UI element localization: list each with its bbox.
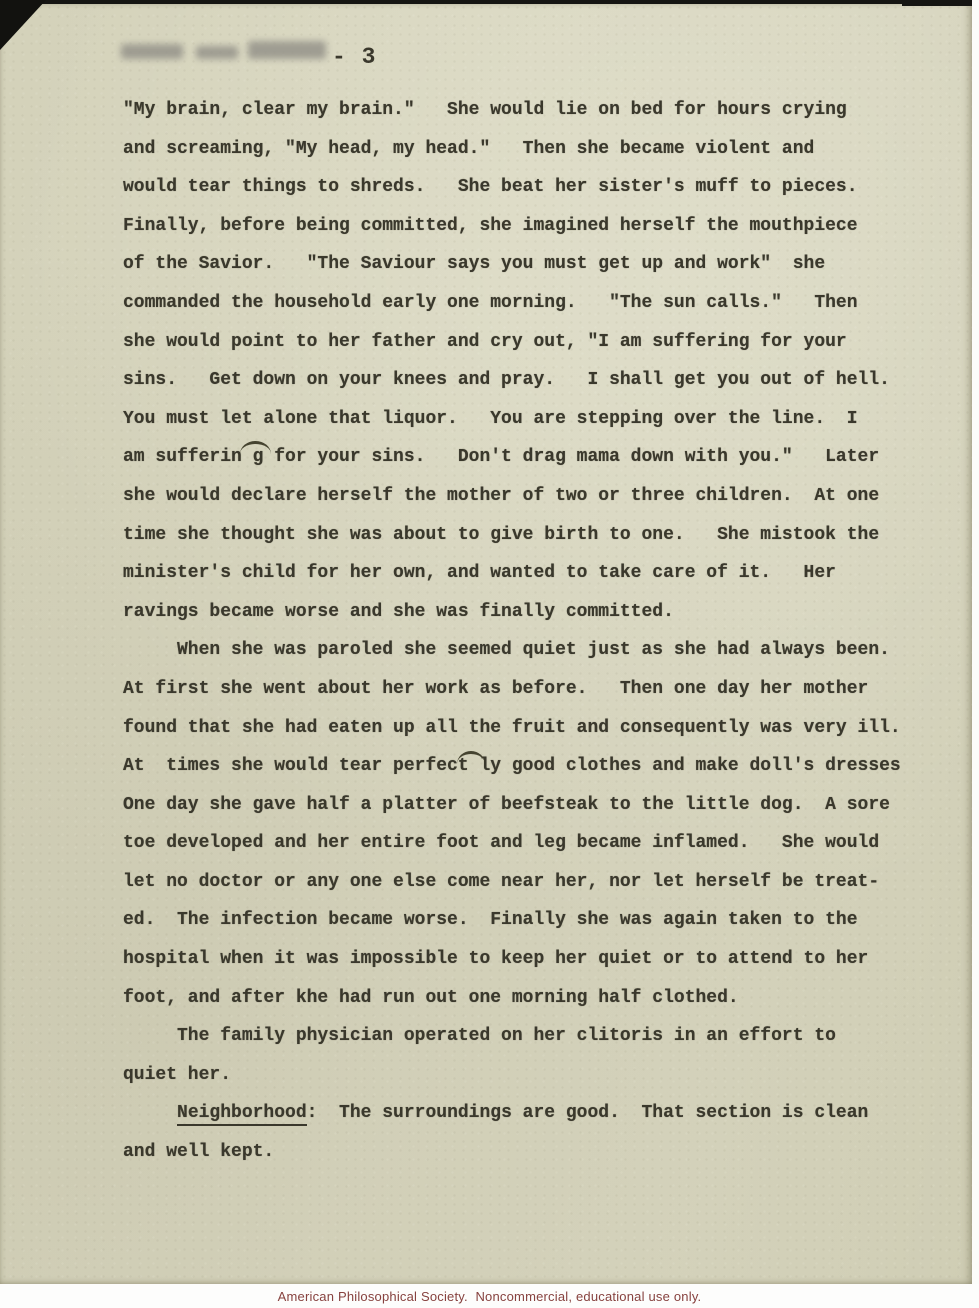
text-line: Finally, before being committed, she ima… (123, 207, 963, 246)
text-line: At times she would tear perfect ly good … (123, 747, 963, 786)
footer-strip: American Philosophical Society. Noncomme… (0, 1284, 979, 1308)
scan-edge-top (0, 0, 979, 4)
scan-edge-top-right (902, 0, 972, 6)
text-line: You must let alone that liquor. You are … (123, 400, 963, 439)
text-line: and well kept. (123, 1133, 963, 1172)
text-line: "My brain, clear my brain." She would li… (123, 91, 963, 130)
text-line: The family physician operated on her cli… (123, 1017, 963, 1056)
text-line: ed. The infection became worse. Finally … (123, 901, 963, 940)
footer-attribution: American Philosophical Society. Noncomme… (278, 1289, 702, 1304)
text-line: toe developed and her entire foot and le… (123, 824, 963, 863)
text-line: found that she had eaten up all the frui… (123, 709, 963, 748)
neighborhood-label: Neighborhood (177, 1103, 307, 1126)
redacted-name-blur (248, 41, 326, 59)
indent (123, 1103, 177, 1123)
text-line: she would declare herself the mother of … (123, 477, 963, 516)
scan-margin-right (972, 0, 979, 1284)
text-line: and screaming, "My head, my head." Then … (123, 130, 963, 169)
redacted-name-blur (121, 44, 183, 59)
text-line: At first she went about her work as befo… (123, 670, 963, 709)
redacted-name-blur (196, 46, 238, 59)
text-line: minister's child for her own, and wanted… (123, 554, 963, 593)
text-line: time she thought she was about to give b… (123, 516, 963, 555)
text-line: foot, and after khe had run out one morn… (123, 979, 963, 1018)
text-line: When she was paroled she seemed quiet ju… (123, 631, 963, 670)
typewritten-text: "My brain, clear my brain." She would li… (123, 91, 963, 1172)
neighborhood-text: : The surroundings are good. That sectio… (307, 1103, 869, 1123)
text-line: she would point to her father and cry ou… (123, 323, 963, 362)
page-number: - 3 (332, 44, 376, 70)
text-line: quiet her. (123, 1056, 963, 1095)
document-scan: - 3 "My brain, clear my brain." She woul… (0, 0, 979, 1308)
text-line: let no doctor or any one else come near … (123, 863, 963, 902)
text-line: of the Savior. "The Saviour says you mus… (123, 245, 963, 284)
neighborhood-heading-line: Neighborhood: The surroundings are good.… (123, 1094, 963, 1133)
text-line: ravings became worse and she was finally… (123, 593, 963, 632)
text-line: sins. Get down on your knees and pray. I… (123, 361, 963, 400)
text-line: commanded the household early one mornin… (123, 284, 963, 323)
text-line: One day she gave half a platter of beefs… (123, 786, 963, 825)
text-line: hospital when it was impossible to keep … (123, 940, 963, 979)
text-line: would tear things to shreds. She beat he… (123, 168, 963, 207)
